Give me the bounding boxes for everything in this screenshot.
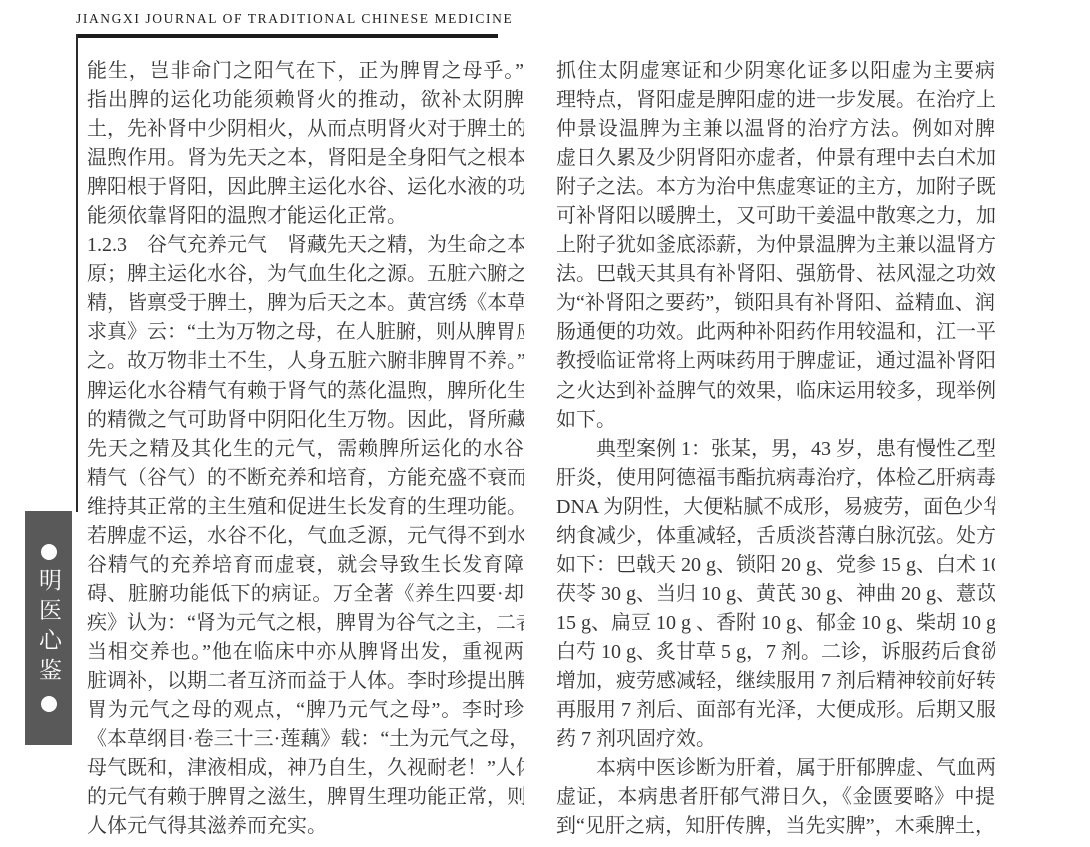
text-line: 谷精气的充养培育而虚衰，就会导致生长发育障 [87,551,524,580]
text-line: 能生，岂非命门之阳气在下，正为脾胃之母乎。” [87,57,524,86]
text-line: 脾运化水谷精气有赖于肾气的蒸化温煦，脾所化生 [87,377,524,406]
text-line: 虚日久累及少阴肾阳亦虚者，仲景有理中去白术加 [556,144,995,173]
text-line: 精，皆禀受于脾土，脾为后天之本。黄宫绣《本草 [87,289,524,318]
text-line: 胃为元气之母的观点，“脾乃元气之母”。李时珍 [87,696,524,725]
text-line: 土，先补肾中少阴相火，从而点明肾火对于脾土的 [87,115,524,144]
text-line: 可补肾阳以暖脾土，又可助干姜温中散寒之力，加 [556,202,995,231]
text-line: 当相交养也。”他在临床中亦从脾肾出发，重视两 [87,638,524,667]
text-line: 的元气有赖于脾胃之滋生，脾胃生理功能正常，则 [87,783,524,812]
text-line: 纳食减少，体重减轻，舌质淡苔薄白脉沉弦。处方 [556,522,995,551]
text-line: 先天之精及其化生的元气，需赖脾所运化的水谷 [87,435,524,464]
text-line: 虚证，本病患者肝郁气滞日久，《金匮要略》中提 [556,783,995,812]
text-line: 指出脾的运化功能须赖肾火的推动，欲补太阴脾 [87,86,524,115]
text-line: 茯苓 30 g、当归 10 g、黄芪 30 g、神曲 20 g、薏苡仁 [556,580,995,609]
text-line: 之。故万物非土不生，人身五脏六腑非脾胃不养。” [87,347,524,376]
bullet-dot-icon [41,696,57,712]
text-line: 碍、脏腑功能低下的病证。万全著《养生四要·却 [87,580,524,609]
journal-header-title: JIANGXI JOURNAL OF TRADITIONAL CHINESE M… [76,11,498,27]
text-line: 如下。 [556,406,995,435]
text-line: 肝炎，使用阿德福韦酯抗病毒治疗，体检乙肝病毒 [556,464,995,493]
article-column-left: 能生，岂非命门之阳气在下，正为脾胃之母乎。”指出脾的运化功能须赖肾火的推动，欲补… [87,57,524,841]
header-rule [76,34,498,38]
text-line: 附子之法。本方为治中焦虚寒证的主方，加附子既 [556,173,995,202]
section-tab: 明医心鉴 [25,511,72,745]
text-line: 《本草纲目·卷三十三·莲藕》载：“土为元气之母， [87,725,524,754]
text-line: 理特点，肾阳虚是脾阳虚的进一步发展。在治疗上 [556,86,995,115]
text-line: 1.2.3 谷气充养元气 肾藏先天之精，为生命之本 [87,231,524,260]
bullet-dot-icon [41,544,57,560]
text-line: 药 7 剂巩固疗效。 [556,725,995,754]
text-line: 如下：巴戟天 20 g、锁阳 20 g、党参 15 g、白术 10 g、 [556,551,995,580]
text-line: 能须依靠肾阳的温煦才能运化正常。 [87,202,524,231]
article-column-right: 抓住太阴虚寒证和少阴寒化证多以阳虚为主要病理特点，肾阳虚是脾阳虚的进一步发展。在… [556,57,995,841]
text-line: 肠通便的功效。此两种补阳药作用较温和，江一平 [556,318,995,347]
text-line: 到“见肝之病，知肝传脾，当先实脾”，木乘脾土， [556,812,995,841]
text-line: DNA 为阴性，大便粘腻不成形，易疲劳，面色少华， [556,493,995,522]
text-line: 为“补肾阳之要药”，锁阳具有补肾阳、益精血、润 [556,289,995,318]
text-line: 教授临证常将上两味药用于脾虚证，通过温补肾阳 [556,347,995,376]
text-line: 疾》认为：“肾为元气之根，脾胃为谷气之主，二者 [87,609,524,638]
text-line: 人体元气得其滋养而充实。 [87,812,524,841]
text-line: 温煦作用。肾为先天之本，肾阳是全身阳气之根本， [87,144,524,173]
text-line: 原；脾主运化水谷，为气血生化之源。五脏六腑之 [87,260,524,289]
text-line: 维持其正常的主生殖和促进生长发育的生理功能。 [87,493,524,522]
text-line: 上附子犹如釜底添薪，为仲景温脾为主兼以温肾方 [556,231,995,260]
text-line: 求真》云：“土为万物之母，在人脏腑，则从脾胃应 [87,318,524,347]
text-line: 脏调补，以期二者互济而益于人体。李时珍提出脾 [87,667,524,696]
text-line: 白芍 10 g、炙甘草 5 g，7 剂。二诊，诉服药后食欲 [556,638,995,667]
left-frame-line [76,34,78,512]
text-line: 仲景设温脾为主兼以温肾的治疗方法。例如对脾 [556,115,995,144]
text-line: 增加，疲劳感减轻，继续服用 7 剂后精神较前好转， [556,667,995,696]
text-line: 典型案例 1：张某，男，43 岁，患有慢性乙型 [556,435,995,464]
text-line: 母气既和，津液相成，神乃自生，久视耐老！”人体 [87,754,524,783]
text-line: 15 g、扁豆 10 g 、香附 10 g、郁金 10 g、柴胡 10 g、 [556,609,995,638]
text-line: 脾阳根于肾阳，因此脾主运化水谷、运化水液的功 [87,173,524,202]
text-line: 法。巴戟天其具有补肾阳、强筋骨、祛风湿之功效， [556,260,995,289]
text-line: 若脾虚不运，水谷不化，气血乏源，元气得不到水 [87,522,524,551]
section-tab-label: 明医心鉴 [37,568,60,688]
text-line: 再服用 7 剂后、面部有光泽，大便成形。后期又服 [556,696,995,725]
text-line: 本病中医诊断为肝着，属于肝郁脾虚、气血两 [556,754,995,783]
text-line: 抓住太阴虚寒证和少阴寒化证多以阳虚为主要病 [556,57,995,86]
text-line: 之火达到补益脾气的效果，临床运用较多，现举例 [556,377,995,406]
text-line: 的精微之气可助肾中阴阳化生万物。因此，肾所藏 [87,406,524,435]
text-line: 精气（谷气）的不断充养和培育，方能充盛不衰而 [87,464,524,493]
